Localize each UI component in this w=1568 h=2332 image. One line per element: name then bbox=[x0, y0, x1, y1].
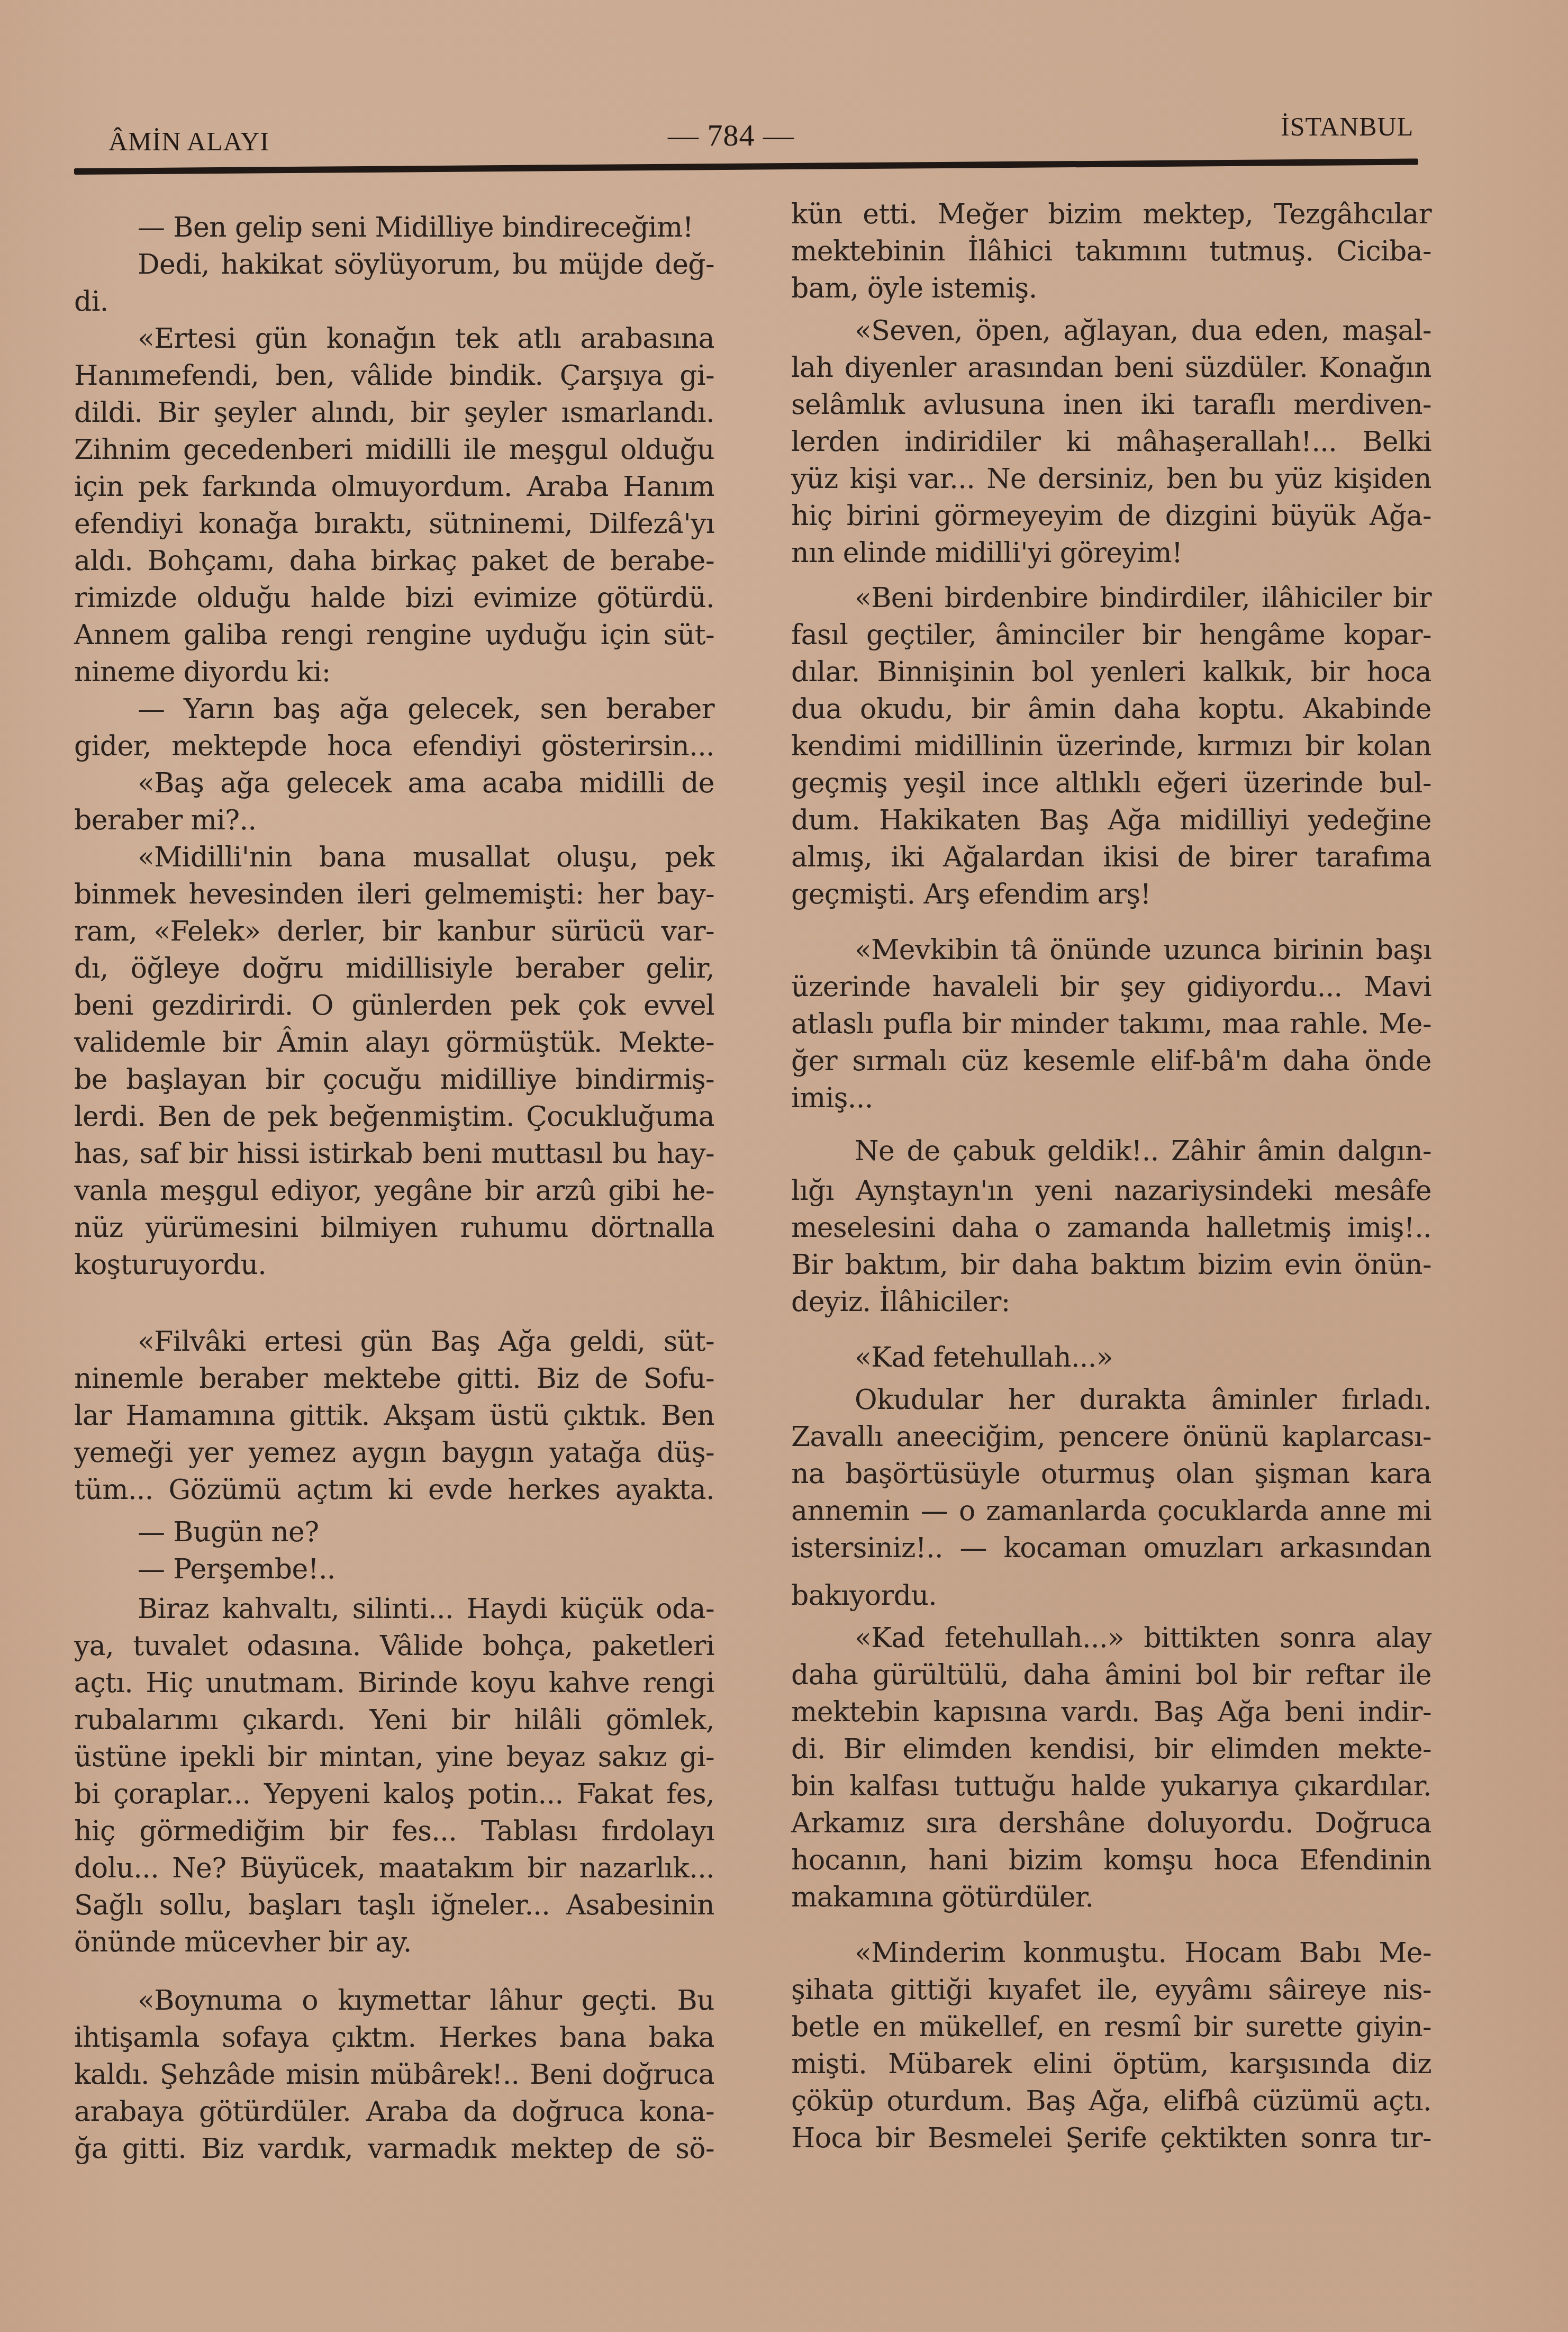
text-line: ram, «Felek» derler, bir kanbur sürücü v… bbox=[74, 913, 714, 950]
text-line: annemin — o zamanlarda çocuklarda anne m… bbox=[791, 1493, 1431, 1530]
text-line: açtı. Hiç unutmam. Birinde koyu kahve re… bbox=[74, 1665, 714, 1702]
text-line: lar Hamamına gittik. Akşam üstü çıktık. … bbox=[74, 1397, 714, 1434]
text-line: «Filvâki ertesi gün Baş Ağa geldi, süt- bbox=[138, 1323, 714, 1360]
text-line: vanla meşgul ediyor, yegâne bir arzû gib… bbox=[74, 1172, 714, 1209]
text-line: lah diyenler arasından beni süzdüler. Ko… bbox=[791, 349, 1431, 386]
text-line: şihata gittiği kıyafet ile, eyyâmı sâire… bbox=[791, 1972, 1431, 2009]
text-line: kün etti. Meğer bizim mektep, Tezgâhcıla… bbox=[791, 196, 1431, 233]
text-line: geçmiş yeşil ince altlıklı eğeri üzerind… bbox=[791, 765, 1431, 802]
text-line: nın elinde midilli'yi göreyim! bbox=[791, 535, 1431, 572]
text-line: rubalarımı çıkardı. Yeni bir hilâli göml… bbox=[74, 1702, 714, 1739]
text-line: gider, mektepde hoca efendiyi gösterirsi… bbox=[74, 728, 714, 765]
text-line: hocanın, hani bizim komşu hoca Efendinin bbox=[791, 1842, 1431, 1879]
text-line: dum. Hakikaten Baş Ağa midilliyi yedeğin… bbox=[791, 802, 1431, 839]
text-line: Biraz kahvaltı, silinti... Haydi küçük o… bbox=[138, 1590, 714, 1628]
text-line: di. bbox=[74, 283, 714, 320]
text-line: geçmişti. Arş efendim arş! bbox=[791, 876, 1431, 913]
text-line: ninemle beraber mektebe gitti. Biz de So… bbox=[74, 1360, 714, 1397]
text-line: ğa gitti. Biz vardık, varmadık mektep de… bbox=[74, 2130, 714, 2167]
text-line: Sağlı sollu, başları taşlı iğneler... As… bbox=[74, 1887, 714, 1924]
text-line: «Seven, öpen, ağlayan, dua eden, maşal- bbox=[855, 312, 1431, 349]
running-head-publication: İSTANBUL bbox=[1281, 111, 1413, 148]
text-line: mişti. Mübarek elini öptüm, karşısında d… bbox=[791, 2046, 1431, 2083]
text-line: validemle bir Âmin alayı görmüştük. Mekt… bbox=[74, 1024, 714, 1061]
text-line: lerden indiridiler ki mâhaşerallah!... B… bbox=[791, 423, 1431, 460]
text-line: üzerinde havaleli bir şey gidiyordu... M… bbox=[791, 969, 1431, 1006]
text-line: istersiniz!.. — kocaman omuzları arkasın… bbox=[791, 1530, 1431, 1567]
text-line: Okudular her durakta âminler fırladı. bbox=[855, 1381, 1431, 1418]
text-line: selâmlık avlusuna inen iki taraflı merdi… bbox=[791, 386, 1431, 423]
text-line: Ne de çabuk geldik!.. Zâhir âmin dalgın- bbox=[855, 1133, 1431, 1170]
page-number: — 784 — bbox=[668, 117, 794, 155]
text-line: — Bugün ne? bbox=[138, 1514, 714, 1551]
text-line: daha gürültülü, daha âmini bol bir refta… bbox=[791, 1657, 1431, 1694]
text-line: mektebinin İlâhici takımını tutmuş. Cici… bbox=[791, 233, 1431, 270]
text-line: «Kad fetehullah...» bbox=[855, 1339, 1431, 1376]
text-line: «Kad fetehullah...» bittikten sonra alay bbox=[855, 1620, 1431, 1657]
text-line: Hoca bir Besmelei Şerife çektikten sonra… bbox=[791, 2120, 1431, 2157]
text-line: «Ertesi gün konağın tek atlı arabasına bbox=[138, 320, 714, 357]
text-line: fasıl geçtiler, âminciler bir hengâme ko… bbox=[791, 617, 1431, 654]
text-line: efendiyi konağa bıraktı, sütninemi, Dilf… bbox=[74, 505, 714, 543]
text-line: çöküp oturdum. Baş Ağa, elifbâ cüzümü aç… bbox=[791, 2083, 1431, 2120]
text-line: dı, öğleye doğru midillisiyle beraber ge… bbox=[74, 950, 714, 987]
text-line: makamına götürdüler. bbox=[791, 1879, 1431, 1916]
text-line: na başörtüsüyle oturmuş olan şişman kara bbox=[791, 1456, 1431, 1493]
text-line: koşturuyordu. bbox=[74, 1246, 714, 1283]
text-line: hiç birini görmeyeyim de dizgini büyük A… bbox=[791, 498, 1431, 535]
text-line: yemeği yer yemez aygın baygın yatağa düş… bbox=[74, 1434, 714, 1471]
text-line: arabaya götürdüler. Araba da doğruca kon… bbox=[74, 2093, 714, 2130]
text-line: Bir baktım, bir daha baktım bizim evin ö… bbox=[791, 1246, 1431, 1283]
text-line: hiç görmediğim bir fes... Tablası fırdol… bbox=[74, 1813, 714, 1850]
text-line: bin kalfası tuttuğu halde yukarıya çıkar… bbox=[791, 1768, 1431, 1805]
text-line: dolu... Ne? Büyücek, maatakım bir nazarl… bbox=[74, 1850, 714, 1887]
text-line: mektebin kapısına vardı. Baş Ağa beni in… bbox=[791, 1694, 1431, 1731]
text-line: ğer sırmalı cüz kesemle elif-bâ'm daha ö… bbox=[791, 1043, 1431, 1080]
text-line: has, saf bir hissi istirkab beni muttası… bbox=[74, 1135, 714, 1172]
text-line: dılar. Binnişinin bol yenleri kalkık, bi… bbox=[791, 654, 1431, 691]
text-line: lerdi. Ben de pek beğenmiştim. Çocukluğu… bbox=[74, 1098, 714, 1135]
text-line: «Baş ağa gelecek ama acaba midilli de bbox=[138, 765, 714, 802]
text-line: «Midilli'nin bana musallat oluşu, pek bbox=[138, 839, 714, 876]
text-line: bam, öyle istemiş. bbox=[791, 270, 1431, 307]
header-rule bbox=[74, 158, 1418, 175]
text-line: kendimi midillinin üzerinde, kırmızı bir… bbox=[791, 728, 1431, 765]
text-line: beni gezdirirdi. O günlerden pek çok evv… bbox=[74, 987, 714, 1024]
text-line: aldı. Bohçamı, daha birkaç paket de bera… bbox=[74, 543, 714, 580]
text-line: bi çoraplar... Yepyeni kaloş potin... Fa… bbox=[74, 1776, 714, 1813]
text-line: rimizde olduğu halde bizi evimize götürd… bbox=[74, 580, 714, 617]
text-line: deyiz. İlâhiciler: bbox=[791, 1283, 1431, 1321]
text-line: tüm... Gözümü açtım ki evde herkes ayakt… bbox=[74, 1471, 714, 1508]
text-line: di. Bir elimden kendisi, bir elimden mek… bbox=[791, 1731, 1431, 1768]
magazine-page: ÂMİN ALAYI — 784 — İSTANBUL — Ben gelip … bbox=[0, 0, 1568, 2332]
text-line: üstüne ipekli bir mintan, yine beyaz sak… bbox=[74, 1739, 714, 1776]
text-line: dua okudu, bir âmin daha koptu. Akabinde bbox=[791, 691, 1431, 728]
text-line: yüz kişi var... Ne dersiniz, ben bu yüz … bbox=[791, 460, 1431, 498]
text-line: Zavallı aneeciğim, pencere önünü kaplarc… bbox=[791, 1418, 1431, 1456]
text-line: ya, tuvalet odasına. Vâlide bohça, paket… bbox=[74, 1628, 714, 1665]
text-line: — Ben gelip seni Midilliye bindireceğim! bbox=[138, 209, 714, 246]
text-line: Arkamız sıra dershâne doluyordu. Doğruca bbox=[791, 1805, 1431, 1842]
text-line: bakıyordu. bbox=[791, 1577, 1431, 1614]
text-line: betle en mükellef, en resmî bir surette … bbox=[791, 2009, 1431, 2046]
text-line: «Boynuma o kıymettar lâhur geçti. Bu bbox=[138, 1982, 714, 2019]
running-head-title: ÂMİN ALAYI bbox=[108, 126, 269, 163]
text-line: için pek farkında olmuyordum. Araba Hanı… bbox=[74, 468, 714, 505]
text-line: ihtişamla sofaya çıktm. Herkes bana baka bbox=[74, 2019, 714, 2056]
text-line: Zihnim gecedenberi midilli ile meşgul ol… bbox=[74, 431, 714, 468]
text-line: kaldı. Şehzâde misin mübârek!.. Beni doğ… bbox=[74, 2056, 714, 2093]
text-line: — Perşembe!.. bbox=[138, 1551, 714, 1588]
text-line: «Minderim konmuştu. Hocam Babı Me- bbox=[855, 1935, 1431, 1972]
text-line: — Yarın baş ağa gelecek, sen beraber bbox=[138, 691, 714, 728]
text-line: meselesini daha o zamanda halletmiş imiş… bbox=[791, 1209, 1431, 1246]
text-line: «Beni birdenbire bindirdiler, ilâhiciler… bbox=[855, 580, 1431, 617]
text-line: «Mevkibin tâ önünde uzunca birinin başı bbox=[855, 932, 1431, 969]
text-line: Annem galiba rengi rengine uyduğu için s… bbox=[74, 617, 714, 654]
text-line: önünde mücevher bir ay. bbox=[74, 1924, 714, 1961]
text-line: imiş... bbox=[791, 1080, 1431, 1117]
text-line: dildi. Bir şeyler alındı, bir şeyler ısm… bbox=[74, 394, 714, 431]
text-line: binmek hevesinden ileri gelmemişti: her … bbox=[74, 876, 714, 913]
text-line: nüz yürümesini bilmiyen ruhumu dörtnalla bbox=[74, 1209, 714, 1246]
text-line: be başlayan bir çocuğu midilliye bindirm… bbox=[74, 1061, 714, 1098]
text-line: nineme diyordu ki: bbox=[74, 654, 714, 691]
text-line: lığı Aynştayn'ın yeni nazariysindeki mes… bbox=[791, 1172, 1431, 1209]
text-line: Dedi, hakikat söylüyorum, bu müjde değ- bbox=[138, 246, 714, 283]
text-line: atlaslı pufla bir minder takımı, maa rah… bbox=[791, 1006, 1431, 1043]
text-line: beraber mi?.. bbox=[74, 802, 714, 839]
text-line: Hanımefendi, ben, vâlide bindik. Çarşıya… bbox=[74, 357, 714, 394]
text-line: almış, iki Ağalardan ikisi de birer tara… bbox=[791, 839, 1431, 876]
